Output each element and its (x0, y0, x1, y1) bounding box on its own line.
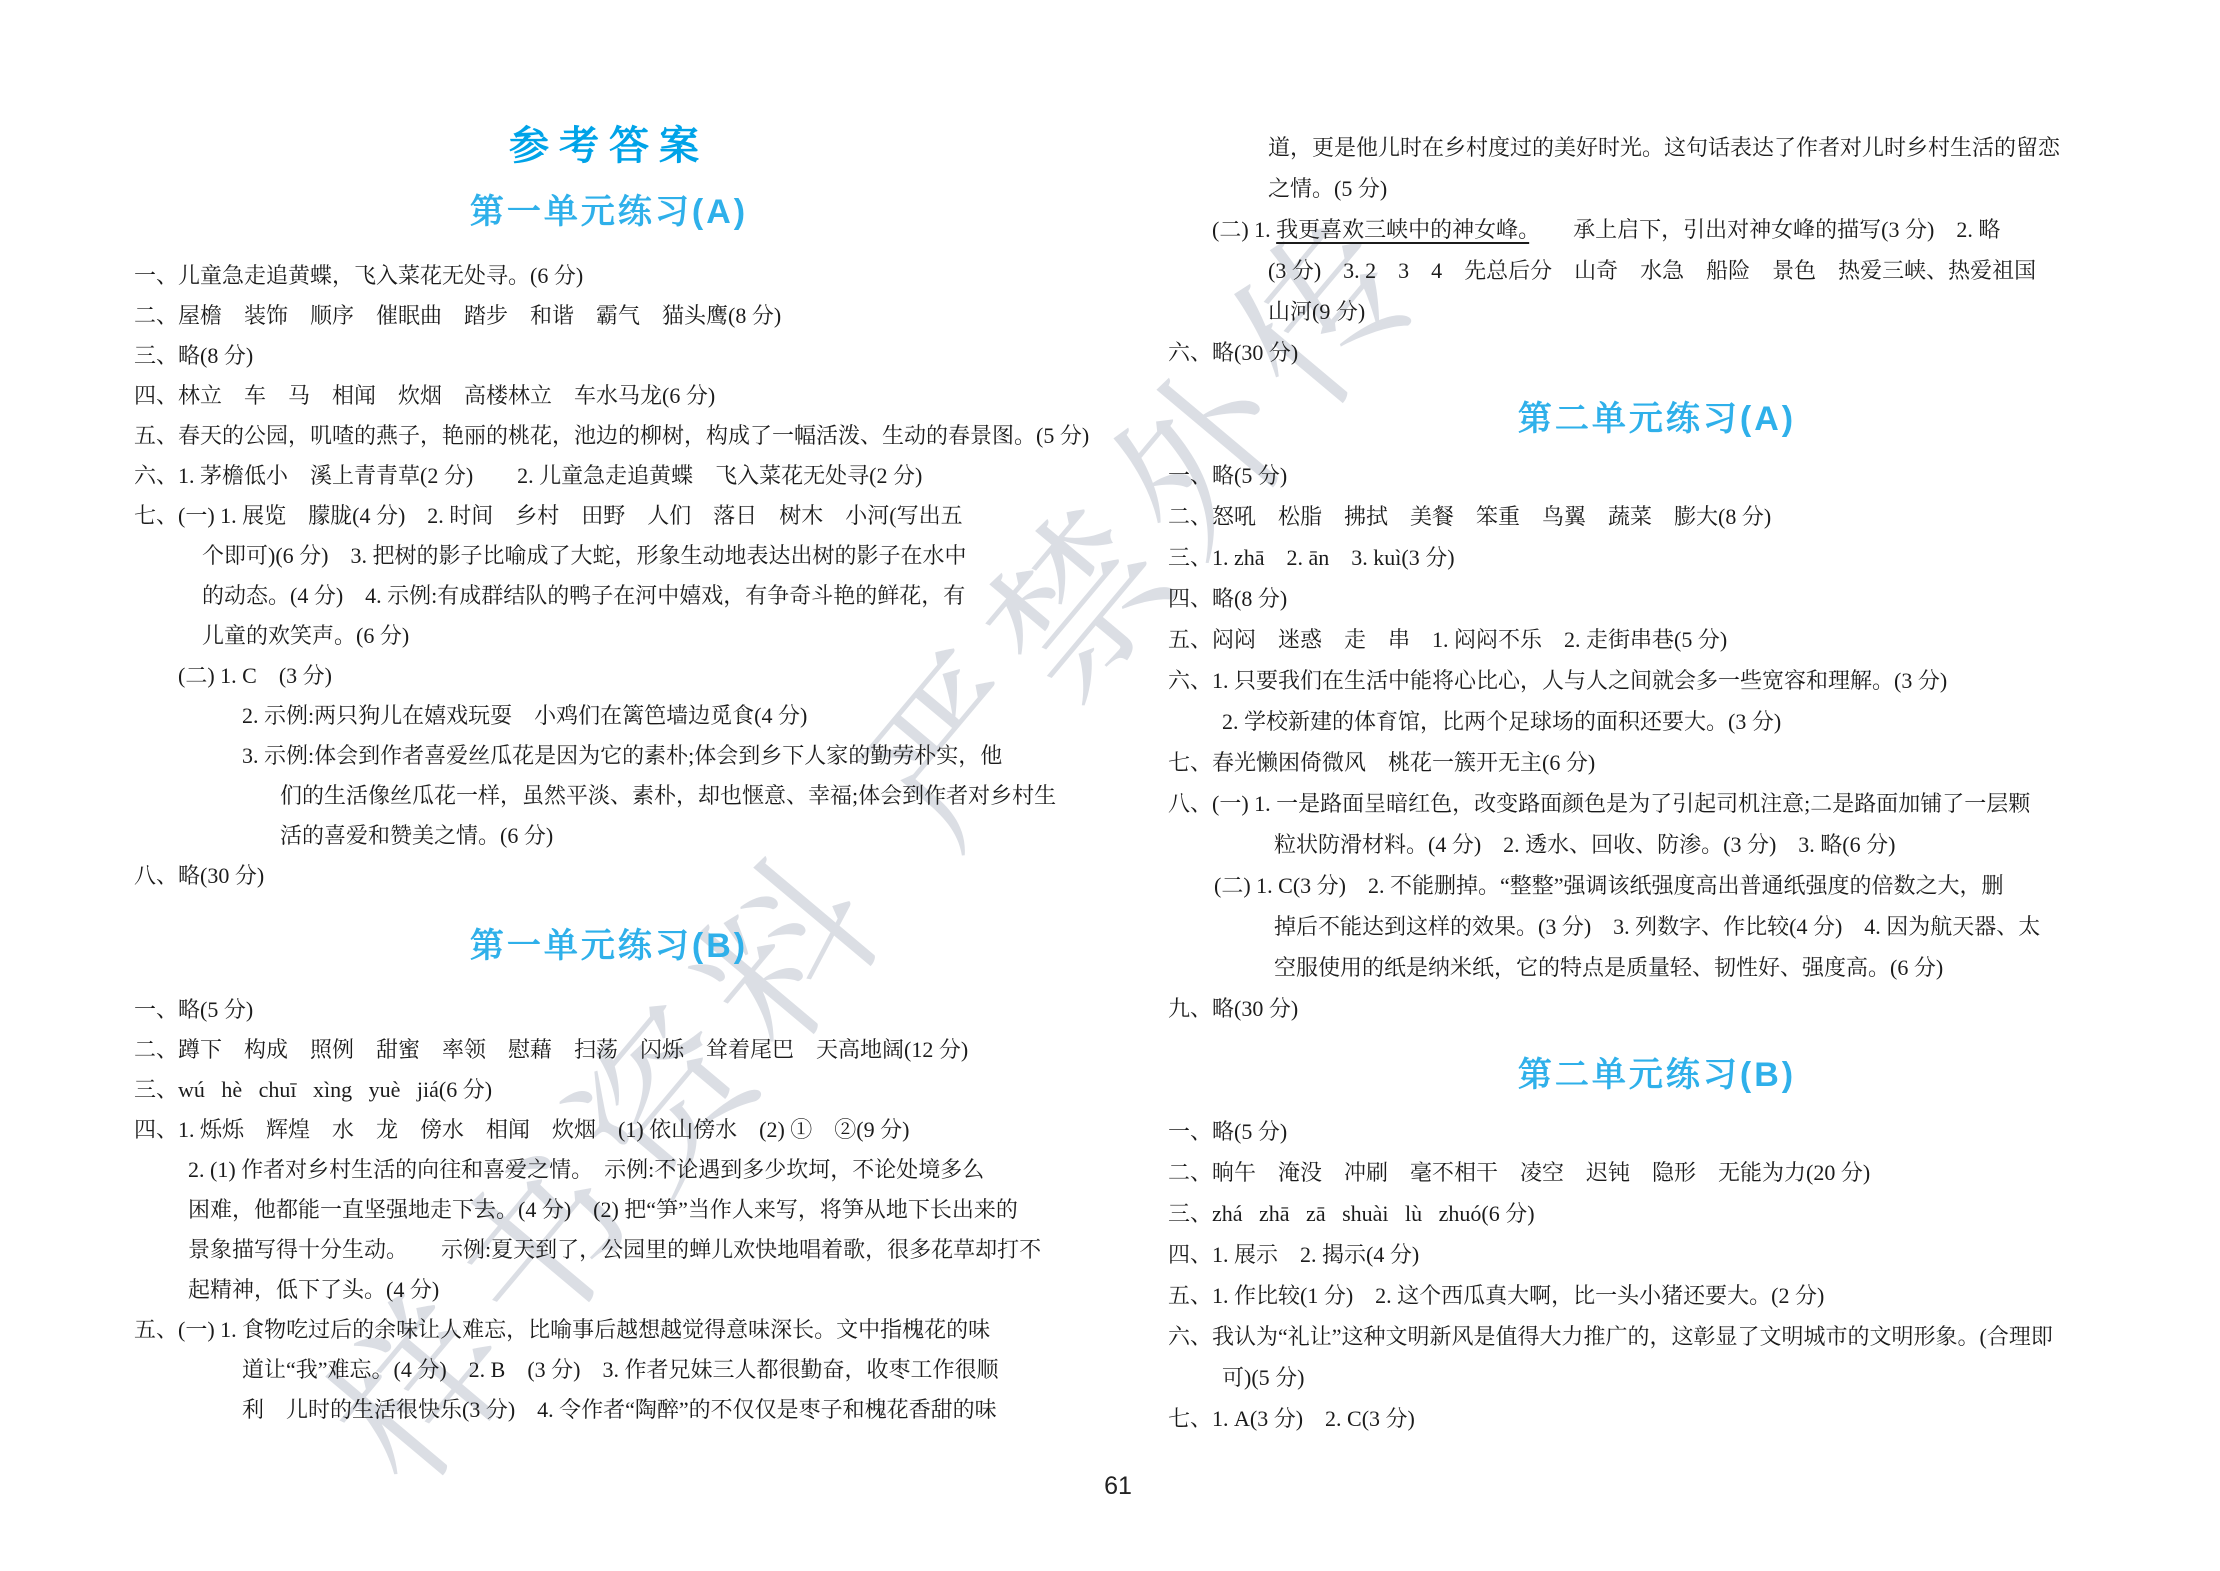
answer-text: 儿童的欢笑声。(6 分) (202, 623, 409, 648)
answer-text: 五、闷闷 迷惑 走 串 1. 闷闷不乐 2. 走街串巷(5 分) (1168, 627, 1727, 652)
answer-line: 五、(一) 1. 食物吃过后的余味让人难忘，比喻事后越想越觉得意味深长。文中指槐… (134, 1310, 1084, 1350)
answer-line: 七、春光懒困倚微风 桃花一簇开无主(6 分) (1168, 742, 2146, 783)
answer-text: 一、略(5 分) (1168, 1119, 1287, 1144)
answer-text: 2. (1) 作者对乡村生活的向往和喜爱之情。 示例:不论遇到多少坎坷，不论处境… (188, 1157, 984, 1182)
answer-text: 困难，他都能一直坚强地走下去。(4 分) (2) 把“笋”当作人来写，将笋从地下… (188, 1197, 1018, 1222)
underlined-answer-text: 我更喜欢三峡中的神女峰。 (1276, 217, 1529, 242)
answer-line: 景象描写得十分生动。 示例:夏天到了，公园里的蝉儿欢快地唱着歌，很多花草却打不 (134, 1230, 1084, 1270)
answer-text: 们的生活像丝瓜花一样，虽然平淡、素朴，却也惬意、幸福;体会到作者对乡村生 (280, 783, 1056, 808)
answer-line: (二) 1. 我更喜欢三峡中的神女峰。 承上启下，引出对神女峰的描写(3 分) … (1168, 209, 2146, 250)
answer-line: 们的生活像丝瓜花一样，虽然平淡、素朴，却也惬意、幸福;体会到作者对乡村生 (134, 776, 1084, 816)
section-heading: 第二单元练习(A) (1168, 395, 2146, 443)
answer-text: 道，更是他儿时在乡村度过的美好时光。这句话表达了作者对儿时乡村生活的留恋 (1268, 135, 2060, 160)
answer-text: 四、略(8 分) (1168, 586, 1287, 611)
answer-text: 二、晌午 淹没 冲刷 毫不相干 凌空 迟钝 隐形 无能为力(20 分) (1168, 1160, 1870, 1185)
section-heading: 第一单元练习(B) (134, 922, 1084, 970)
answer-text: 四、林立 车 马 相闻 炊烟 高楼林立 车水马龙(6 分) (134, 383, 715, 408)
answer-line: 六、1. 茅檐低小 溪上青青草(2 分) 2. 儿童急走追黄蝶 飞入菜花无处寻(… (134, 456, 1084, 496)
answer-line: 九、略(30 分) (1168, 988, 2146, 1029)
answer-line: 二、晌午 淹没 冲刷 毫不相干 凌空 迟钝 隐形 无能为力(20 分) (1168, 1152, 2146, 1193)
right-column: 道，更是他儿时在乡村度过的美好时光。这句话表达了作者对儿时乡村生活的留恋之情。(… (1168, 127, 2146, 1439)
answer-line: 一、略(5 分) (134, 990, 1084, 1030)
answer-text: 七、1. A(3 分) 2. C(3 分) (1168, 1406, 1415, 1431)
answer-text: (二) 1. (1212, 217, 1276, 242)
answer-line: 可)(5 分) (1168, 1357, 2146, 1398)
answer-line: 二、蹲下 构成 照例 甜蜜 率领 慰藉 扫荡 闪烁 耸着尾巴 天高地阔(12 分… (134, 1030, 1084, 1070)
answer-line: 粒状防滑材料。(4 分) 2. 透水、回收、防渗。(3 分) 3. 略(6 分) (1168, 824, 2146, 865)
answer-text: 之情。(5 分) (1268, 176, 1387, 201)
answer-text: 二、怒吼 松脂 拂拭 美餐 笨重 鸟翼 蔬菜 膨大(8 分) (1168, 504, 1771, 529)
answer-text: 三、zhá zhā zā shuài lù zhuó(6 分) (1168, 1201, 1535, 1226)
answer-text: 道让“我”难忘。(4 分) 2. B (3 分) 3. 作者兄妹三人都很勤奋，收… (242, 1357, 999, 1382)
answer-line: 3. 示例:体会到作者喜爱丝瓜花是因为它的素朴;体会到乡下人家的勤劳朴实，他 (134, 736, 1084, 776)
answer-line: 利 儿时的生活很快乐(3 分) 4. 令作者“陶醉”的不仅仅是枣子和槐花香甜的味 (134, 1390, 1084, 1430)
page-number: 61 (1088, 1472, 1148, 1501)
answer-key-page: 样书资料 严禁外传 参考答案 第一单元练习(A)一、儿童急走追黄蝶，飞入菜花无处… (0, 0, 2220, 1571)
answer-line: 掉后不能达到这样的效果。(3 分) 3. 列数字、作比较(4 分) 4. 因为航… (1168, 906, 2146, 947)
answer-text: 四、1. 烁烁 辉煌 水 龙 傍水 相闻 炊烟 (1) 依山傍水 (2) ① ②… (134, 1117, 909, 1142)
answer-line: 儿童的欢笑声。(6 分) (134, 616, 1084, 656)
answer-line: 空服使用的纸是纳米纸，它的特点是质量轻、韧性好、强度高。(6 分) (1168, 947, 2146, 988)
answer-line: 山河(9 分) (1168, 291, 2146, 332)
answer-text: 一、略(5 分) (1168, 463, 1287, 488)
left-column: 参考答案 第一单元练习(A)一、儿童急走追黄蝶，飞入菜花无处寻。(6 分)二、屋… (134, 122, 1084, 1430)
answer-text: 2. 学校新建的体育馆，比两个足球场的面积还要大。(3 分) (1222, 709, 1781, 734)
answer-line: 七、1. A(3 分) 2. C(3 分) (1168, 1398, 2146, 1439)
answer-text: 一、儿童急走追黄蝶，飞入菜花无处寻。(6 分) (134, 263, 583, 288)
answer-text: 七、(一) 1. 展览 朦胧(4 分) 2. 时间 乡村 田野 人们 落日 树木… (134, 503, 963, 528)
answer-text: 二、屋檐 装饰 顺序 催眠曲 踏步 和谐 霸气 猫头鹰(8 分) (134, 303, 781, 328)
answer-line: 八、(一) 1. 一是路面呈暗红色，改变路面颜色是为了引起司机注意;二是路面加铺… (1168, 783, 2146, 824)
answer-line: 三、zhá zhā zā shuài lù zhuó(6 分) (1168, 1193, 2146, 1234)
answer-line: 起精神，低下了头。(4 分) (134, 1270, 1084, 1310)
answer-text: 九、略(30 分) (1168, 996, 1298, 1021)
answer-text: 三、wú hè chuī xìng yuè jiá(6 分) (134, 1077, 492, 1102)
page-title: 参考答案 (134, 122, 1084, 170)
answer-line: 之情。(5 分) (1168, 168, 2146, 209)
answer-text: 3. 示例:体会到作者喜爱丝瓜花是因为它的素朴;体会到乡下人家的勤劳朴实，他 (242, 743, 1002, 768)
answer-text: 利 儿时的生活很快乐(3 分) 4. 令作者“陶醉”的不仅仅是枣子和槐花香甜的味 (242, 1397, 997, 1422)
answer-line: 2. 示例:两只狗儿在嬉戏玩耍 小鸡们在篱笆墙边觅食(4 分) (134, 696, 1084, 736)
answer-line: 四、1. 烁烁 辉煌 水 龙 傍水 相闻 炊烟 (1) 依山傍水 (2) ① ②… (134, 1110, 1084, 1150)
answer-text: 二、蹲下 构成 照例 甜蜜 率领 慰藉 扫荡 闪烁 耸着尾巴 天高地阔(12 分… (134, 1037, 968, 1062)
answer-line: 四、1. 展示 2. 揭示(4 分) (1168, 1234, 2146, 1275)
answer-line: 道，更是他儿时在乡村度过的美好时光。这句话表达了作者对儿时乡村生活的留恋 (1168, 127, 2146, 168)
answer-line: 六、我认为“礼让”这种文明新风是值得大力推广的，这彰显了文明城市的文明形象。(合… (1168, 1316, 2146, 1357)
answer-text: 三、略(8 分) (134, 343, 253, 368)
answer-text: 粒状防滑材料。(4 分) 2. 透水、回收、防渗。(3 分) 3. 略(6 分) (1274, 832, 1895, 857)
answer-text: (二) 1. C(3 分) 2. 不能删掉。“整整”强调该纸强度高出普通纸强度的… (1214, 873, 2004, 898)
answer-text: 起精神，低下了头。(4 分) (188, 1277, 439, 1302)
answer-line: 一、略(5 分) (1168, 455, 2146, 496)
answer-text: 三、1. zhā 2. ān 3. kuì(3 分) (1168, 545, 1455, 570)
answer-line: 道让“我”难忘。(4 分) 2. B (3 分) 3. 作者兄妹三人都很勤奋，收… (134, 1350, 1084, 1390)
answer-line: 五、春天的公园，叽喳的燕子，艳丽的桃花，池边的柳树，构成了一幅活泼、生动的春景图… (134, 416, 1084, 456)
answer-text: 个即可)(6 分) 3. 把树的影子比喻成了大蛇，形象生动地表达出树的影子在水中 (202, 543, 966, 568)
answer-text: 一、略(5 分) (134, 997, 253, 1022)
answer-text: 景象描写得十分生动。 示例:夏天到了，公园里的蝉儿欢快地唱着歌，很多花草却打不 (188, 1237, 1041, 1262)
answer-text: 六、我认为“礼让”这种文明新风是值得大力推广的，这彰显了文明城市的文明形象。(合… (1168, 1324, 2053, 1349)
answer-line: (二) 1. C (3 分) (134, 656, 1084, 696)
answer-text: 空服使用的纸是纳米纸，它的特点是质量轻、韧性好、强度高。(6 分) (1274, 955, 1943, 980)
answer-line: 三、1. zhā 2. ān 3. kuì(3 分) (1168, 537, 2146, 578)
answer-text: 五、(一) 1. 食物吃过后的余味让人难忘，比喻事后越想越觉得意味深长。文中指槐… (134, 1317, 990, 1342)
answer-text: 五、春天的公园，叽喳的燕子，艳丽的桃花，池边的柳树，构成了一幅活泼、生动的春景图… (134, 423, 1089, 448)
answer-line: 三、略(8 分) (134, 336, 1084, 376)
answer-line: 一、儿童急走追黄蝶，飞入菜花无处寻。(6 分) (134, 256, 1084, 296)
answer-line: 的动态。(4 分) 4. 示例:有成群结队的鸭子在河中嬉戏，有争奇斗艳的鲜花，有 (134, 576, 1084, 616)
answer-line: 六、略(30 分) (1168, 332, 2146, 373)
answer-line: 七、(一) 1. 展览 朦胧(4 分) 2. 时间 乡村 田野 人们 落日 树木… (134, 496, 1084, 536)
answer-text: 六、1. 只要我们在生活中能将心比心，人与人之间就会多一些宽容和理解。(3 分) (1168, 668, 1947, 693)
answer-text: (3 分) 3. 2 3 4 先总后分 山奇 水急 船险 景色 热爱三峡、热爱祖… (1268, 258, 2036, 283)
answer-line: 活的喜爱和赞美之情。(6 分) (134, 816, 1084, 856)
answer-line: 四、林立 车 马 相闻 炊烟 高楼林立 车水马龙(6 分) (134, 376, 1084, 416)
answer-line: 2. 学校新建的体育馆，比两个足球场的面积还要大。(3 分) (1168, 701, 2146, 742)
answer-line: 三、wú hè chuī xìng yuè jiá(6 分) (134, 1070, 1084, 1110)
answer-text: 四、1. 展示 2. 揭示(4 分) (1168, 1242, 1419, 1267)
answer-line: (二) 1. C(3 分) 2. 不能删掉。“整整”强调该纸强度高出普通纸强度的… (1168, 865, 2146, 906)
answer-line: 二、屋檐 装饰 顺序 催眠曲 踏步 和谐 霸气 猫头鹰(8 分) (134, 296, 1084, 336)
answer-line: 四、略(8 分) (1168, 578, 2146, 619)
answer-line: 二、怒吼 松脂 拂拭 美餐 笨重 鸟翼 蔬菜 膨大(8 分) (1168, 496, 2146, 537)
answer-line: 八、略(30 分) (134, 856, 1084, 896)
answer-line: (3 分) 3. 2 3 4 先总后分 山奇 水急 船险 景色 热爱三峡、热爱祖… (1168, 250, 2146, 291)
answer-text: 的动态。(4 分) 4. 示例:有成群结队的鸭子在河中嬉戏，有争奇斗艳的鲜花，有 (202, 583, 965, 608)
section-heading: 第一单元练习(A) (134, 188, 1084, 236)
answer-line: 困难，他都能一直坚强地走下去。(4 分) (2) 把“笋”当作人来写，将笋从地下… (134, 1190, 1084, 1230)
answer-text: 活的喜爱和赞美之情。(6 分) (280, 823, 553, 848)
answer-text: 八、略(30 分) (134, 863, 264, 888)
answer-text: 承上启下，引出对神女峰的描写(3 分) 2. 略 (1529, 217, 2000, 242)
answer-text: 掉后不能达到这样的效果。(3 分) 3. 列数字、作比较(4 分) 4. 因为航… (1274, 914, 2040, 939)
answer-text: 八、(一) 1. 一是路面呈暗红色，改变路面颜色是为了引起司机注意;二是路面加铺… (1168, 791, 2030, 816)
answer-line: 五、1. 作比较(1 分) 2. 这个西瓜真大啊，比一头小猪还要大。(2 分) (1168, 1275, 2146, 1316)
section-heading: 第二单元练习(B) (1168, 1051, 2146, 1099)
answer-text: 可)(5 分) (1222, 1365, 1304, 1390)
answer-text: 山河(9 分) (1268, 299, 1365, 324)
answer-text: 六、1. 茅檐低小 溪上青青草(2 分) 2. 儿童急走追黄蝶 飞入菜花无处寻(… (134, 463, 922, 488)
answer-text: 七、春光懒困倚微风 桃花一簇开无主(6 分) (1168, 750, 1595, 775)
answer-text: (二) 1. C (3 分) (178, 663, 332, 688)
answer-line: 个即可)(6 分) 3. 把树的影子比喻成了大蛇，形象生动地表达出树的影子在水中 (134, 536, 1084, 576)
answer-line: 六、1. 只要我们在生活中能将心比心，人与人之间就会多一些宽容和理解。(3 分) (1168, 660, 2146, 701)
answer-text: 六、略(30 分) (1168, 340, 1298, 365)
answer-line: 五、闷闷 迷惑 走 串 1. 闷闷不乐 2. 走街串巷(5 分) (1168, 619, 2146, 660)
answer-text: 2. 示例:两只狗儿在嬉戏玩耍 小鸡们在篱笆墙边觅食(4 分) (242, 703, 807, 728)
answer-line: 一、略(5 分) (1168, 1111, 2146, 1152)
answer-text: 五、1. 作比较(1 分) 2. 这个西瓜真大啊，比一头小猪还要大。(2 分) (1168, 1283, 1824, 1308)
answer-line: 2. (1) 作者对乡村生活的向往和喜爱之情。 示例:不论遇到多少坎坷，不论处境… (134, 1150, 1084, 1190)
